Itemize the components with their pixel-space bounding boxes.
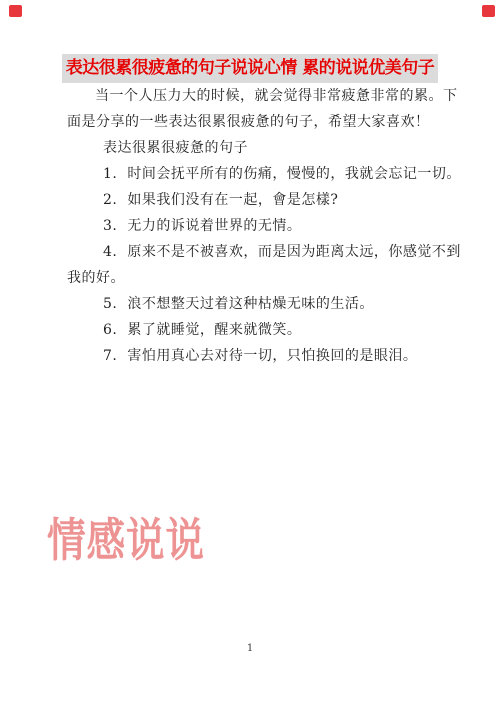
item-number: 1. <box>103 166 117 182</box>
intro-paragraph: 当一个人压力大的时候，就会觉得非常疲惫非常的累。下面是分享的一些表达很累很疲惫的… <box>67 83 462 135</box>
item-number: 6. <box>103 322 117 338</box>
item-text: 原来不是不被喜欢，而是因为距离太远，你感觉不到我的好。 <box>67 244 461 286</box>
item-number: 3. <box>103 218 117 234</box>
item-number: 2. <box>103 192 117 208</box>
item-text: 无力的诉说着世界的无情。 <box>127 218 301 234</box>
list-item: 6.累了就睡觉，醒来就微笑。 <box>67 317 462 343</box>
section-heading: 表达很累很疲惫的句子 <box>67 135 462 161</box>
item-number: 7. <box>103 348 117 364</box>
page-title: 表达很累很疲惫的句子说说心情 累的说说优美句子 <box>62 54 438 83</box>
list-item: 3.无力的诉说着世界的无情。 <box>67 213 462 239</box>
item-text: 累了就睡觉，醒来就微笑。 <box>127 322 301 338</box>
red-corner-mark-right <box>482 5 495 17</box>
red-corner-mark-left <box>9 5 22 17</box>
page-number: 1 <box>0 643 500 654</box>
item-text: 如果我们没有在一起，會是怎樣? <box>127 192 338 208</box>
title-row: 表达很累很疲惫的句子说说心情 累的说说优美句子 <box>0 0 500 83</box>
list-item: 1.时间会抚平所有的伤痛，慢慢的，我就会忘记一切。 <box>67 161 462 187</box>
list-item: 4.原来不是不被喜欢，而是因为距离太远，你感觉不到我的好。 <box>67 239 462 291</box>
list-item: 5.浪不想整天过着这种枯燥无味的生活。 <box>67 291 462 317</box>
list-item: 7.害怕用真心去对待一切，只怕换回的是眼泪。 <box>67 343 462 369</box>
document-page: 表达很累很疲惫的句子说说心情 累的说说优美句子 当一个人压力大的时候，就会觉得非… <box>0 0 500 708</box>
site-watermark: 情感说说 <box>47 514 205 567</box>
item-number: 4. <box>103 244 117 260</box>
item-text: 时间会抚平所有的伤痛，慢慢的，我就会忘记一切。 <box>127 166 461 182</box>
item-number: 5. <box>103 296 117 312</box>
item-text: 浪不想整天过着这种枯燥无味的生活。 <box>127 296 374 312</box>
document-body: 当一个人压力大的时候，就会觉得非常疲惫非常的累。下面是分享的一些表达很累很疲惫的… <box>0 83 500 369</box>
list-item: 2.如果我们没有在一起，會是怎樣? <box>67 187 462 213</box>
item-text: 害怕用真心去对待一切，只怕换回的是眼泪。 <box>127 348 417 364</box>
